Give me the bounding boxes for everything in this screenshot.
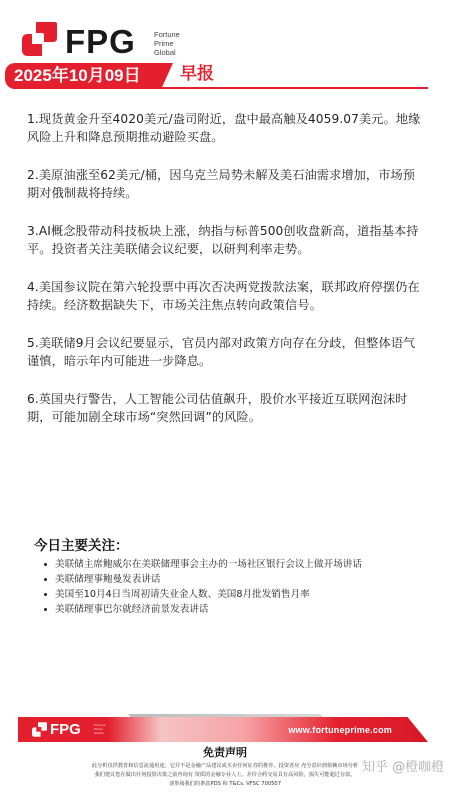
- today-focus-section: 今日主要关注： 美联储主席鲍威尔在美联储理事会主办的一场社区银行会议上做开场讲话…: [34, 537, 434, 617]
- news-item: 2.美原油涨至62美元/桶，因乌克兰局势未解及美石油需求增加，市场预期对俄制裁将…: [27, 166, 427, 202]
- focus-item-text: 美国至10月4日当周初请失业金人数、美国8月批发销售月率: [55, 589, 310, 600]
- bullet-icon: [44, 563, 47, 566]
- bullet-icon: [44, 593, 47, 596]
- footer-brand-subtitle: Fortune Prime Global: [94, 723, 106, 735]
- brand-subtitle-line: Fortune: [154, 30, 180, 39]
- footer-brand-name: FPG: [50, 722, 81, 737]
- focus-item: 美联储理事鲍曼发表讲话: [44, 572, 434, 587]
- news-item: 1.现货黄金升至4020美元/盎司附近，盘中最高触及4059.07美元。地缘风险…: [27, 110, 427, 146]
- focus-item-text: 美联储理事巴尔就经济前景发表讲话: [55, 604, 209, 615]
- brand-name: FPG: [65, 26, 136, 58]
- brand-subtitle: Fortune Prime Global: [154, 30, 180, 57]
- news-item: 6.英国央行警告，人工智能公司估值飙升，股价水平接近互联网泡沫时期，可能加剧全球…: [27, 390, 427, 426]
- fpg-logo-icon: [32, 722, 47, 737]
- news-list: 1.现货黄金升至4020美元/盎司附近，盘中最高触及4059.07美元。地缘风险…: [27, 110, 427, 446]
- focus-item-text: 美联储主席鲍威尔在美联储理事会主办的一场社区银行会议上做开场讲话: [55, 559, 362, 570]
- brand-subtitle-line: Prime: [154, 39, 180, 48]
- footer-banner: FPG Fortune Prime Global www.fortuneprim…: [18, 714, 428, 742]
- news-item: 5.美联储9月会议纪要显示，官员内部对政策方向存在分歧，但整体语气谨慎，暗示年内…: [27, 334, 427, 370]
- report-type-label: 早报: [180, 62, 214, 86]
- focus-list: 美联储主席鲍威尔在美联储理事会主办的一场社区银行会议上做开场讲话 美联储理事鲍曼…: [34, 557, 434, 617]
- news-item: 4.美国参议院在第六轮投票中再次否决两党拨款法案，联邦政府停摆仍在持续。经济数据…: [27, 278, 427, 314]
- focus-item: 美联储理事巴尔就经济前景发表讲话: [44, 602, 434, 617]
- focus-item: 美国至10月4日当周初请失业金人数、美国8月批发销售月率: [44, 587, 434, 602]
- website-link[interactable]: www.fortuneprime.com: [288, 723, 392, 737]
- header-divider: [160, 87, 428, 89]
- focus-item-text: 美联储理事鲍曼发表讲话: [55, 574, 161, 585]
- news-item: 3.AI概念股带动科技板块上涨，纳指与标普500创收盘新高，道指基本持平。投资者…: [27, 222, 427, 258]
- report-header: FPG Fortune Prime Global 2025年10月09日 早报: [0, 0, 450, 100]
- disclaimer-line: 请参阅我们的条款PDS 和 T&Cs. VFSC 700507: [18, 780, 432, 789]
- brand-subtitle-line: Global: [94, 731, 106, 735]
- bullet-icon: [44, 608, 47, 611]
- watermark: 知乎 @橙咖橙: [362, 756, 444, 775]
- bullet-icon: [44, 578, 47, 581]
- fpg-logo-icon: [22, 22, 57, 56]
- focus-item: 美联储主席鲍威尔在美联储理事会主办的一场社区银行会议上做开场讲话: [44, 557, 434, 572]
- report-date: 2025年10月09日: [14, 64, 141, 88]
- focus-title: 今日主要关注：: [34, 537, 434, 555]
- brand-subtitle-line: Global: [154, 48, 180, 57]
